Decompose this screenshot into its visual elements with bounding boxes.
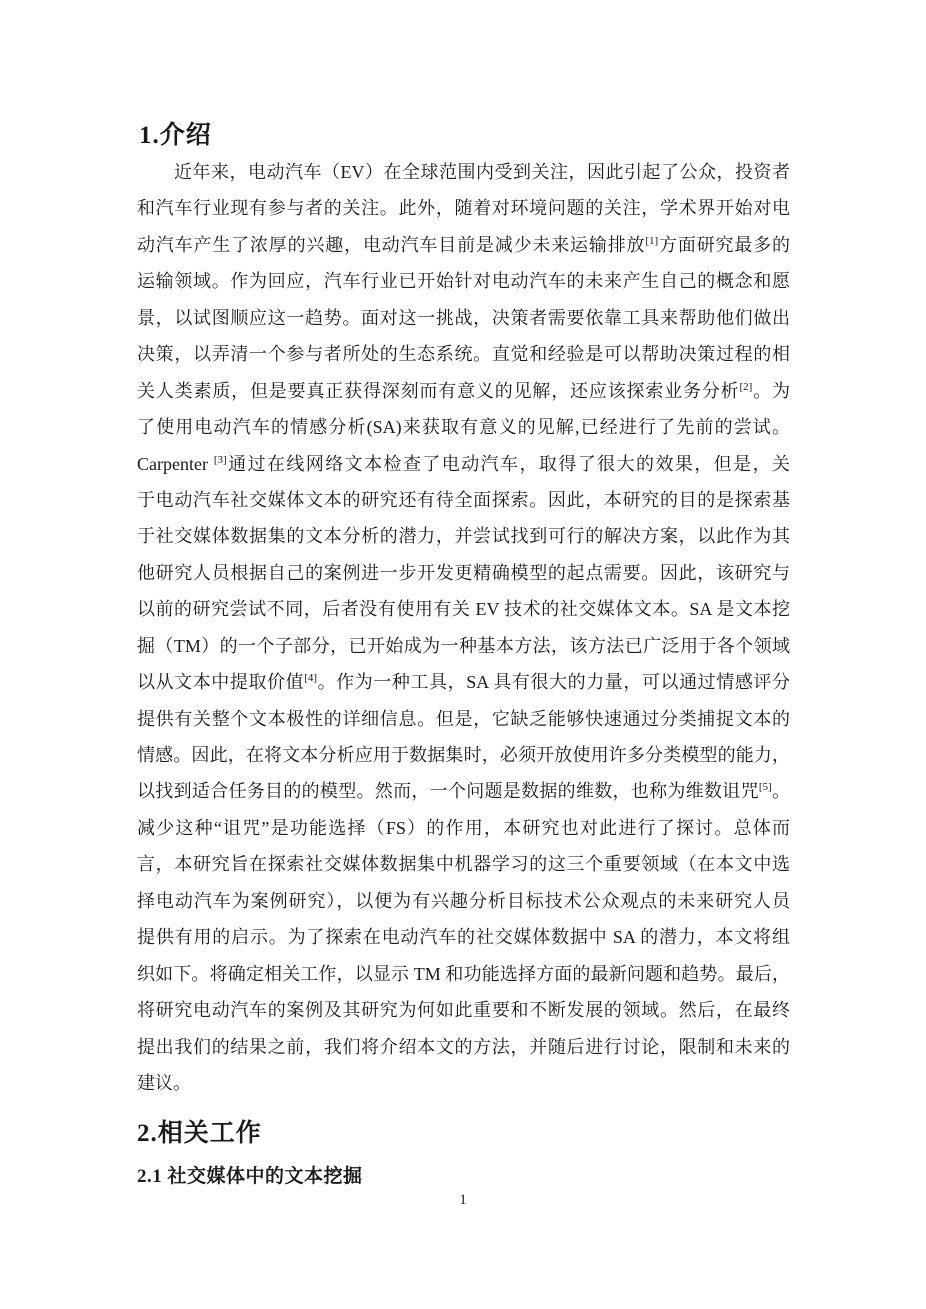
citation-ref: [4] <box>304 672 317 684</box>
page-number: 1 <box>0 1192 926 1209</box>
intro-heading: 1.介绍 <box>139 115 212 151</box>
paragraph-line: 言，本研究旨在探索社交媒体数据集中机器学习的这三个重要领域（在本文中选 <box>137 846 790 882</box>
paragraph-line: 提供有用的启示。为了探索在电动汽车的社交媒体数据中 SA 的潜力，本文将组 <box>137 919 790 955</box>
paragraph-line: 关人类素质，但是要真正获得深刻而有意义的见解，还应该探索业务分析[2]。为 <box>137 373 790 409</box>
paragraph-line: 决策，以弄清一个参与者所处的生态系统。直觉和经验是可以帮助决策过程的相 <box>137 336 790 372</box>
paragraph-line: 建议。 <box>137 1065 790 1101</box>
related-work-heading: 2.相关工作 <box>137 1113 262 1149</box>
paragraph-line: 掘（TM）的一个子部分，已开始成为一种基本方法，该方法已广泛用于各个领域 <box>137 628 790 664</box>
paragraph-line: 以找到适合任务目的的模型。然而，一个问题是数据的维数，也称为维数诅咒[5]。 <box>137 773 790 809</box>
paragraph-line: 提供有关整个文本极性的详细信息。但是，它缺乏能够快速通过分类捕捉文本的 <box>137 701 790 737</box>
paragraph-line: 织如下。将确定相关工作，以显示 TM 和功能选择方面的最新问题和趋势。最后， <box>137 956 790 992</box>
paragraph-line: 将研究电动汽车的案例及其研究为何如此重要和不断发展的领域。然后，在最终 <box>137 992 790 1028</box>
paragraph-line: 运输领域。作为回应，汽车行业已开始针对电动汽车的未来产生自己的概念和愿 <box>137 263 790 299</box>
paragraph-line: 择电动汽车为案例研究），以便为有兴趣分析目标技术公众观点的未来研究人员 <box>137 883 790 919</box>
paragraph-line: 近年来，电动汽车（EV）在全球范围内受到关注，因此引起了公众，投资者 <box>137 154 790 190</box>
paragraph-line: 减少这种“诅咒”是功能选择（FS）的作用，本研究也对此进行了探讨。总体而 <box>137 810 790 846</box>
paragraph-line: 于电动汽车社交媒体文本的研究还有待全面探索。因此，本研究的目的是探索基 <box>137 482 790 518</box>
paragraph-line: 景，以试图顺应这一趋势。面对这一挑战，决策者需要依靠工具来帮助他们做出 <box>137 300 790 336</box>
paragraph-line: 他研究人员根据自己的案例进一步开发更精确模型的起点需要。因此，该研究与 <box>137 555 790 591</box>
citation-ref: [1] <box>645 235 658 247</box>
paragraph-line: Carpenter [3]通过在线网络文本检查了电动汽车，取得了很大的效果，但是… <box>137 446 790 482</box>
citation-ref: [5] <box>759 781 772 793</box>
intro-paragraph: 近年来，电动汽车（EV）在全球范围内受到关注，因此引起了公众，投资者和汽车行业现… <box>137 154 790 1101</box>
paragraph-line: 以从文本中提取价值[4]。作为一种工具，SA 具有很大的力量，可以通过情感评分 <box>137 664 790 700</box>
citation-ref: [3] <box>214 454 227 466</box>
paragraph-line: 和汽车行业现有参与者的关注。此外，随着对环境问题的关注，学术界开始对电 <box>137 190 790 226</box>
paragraph-line: 动汽车产生了浓厚的兴趣，电动汽车目前是减少未来运输排放[1]方面研究最多的 <box>137 227 790 263</box>
paragraph-line: 于社交媒体数据集的文本分析的潜力，并尝试找到可行的解决方案，以此作为其 <box>137 518 790 554</box>
paragraph-line: 提出我们的结果之前，我们将介绍本文的方法，并随后进行讨论，限制和未来的 <box>137 1029 790 1065</box>
paragraph-line: 情感。因此，在将文本分析应用于数据集时，必须开放使用许多分类模型的能力， <box>137 737 790 773</box>
citation-ref: [2] <box>740 381 753 393</box>
paragraph-line: 了使用电动汽车的情感分析(SA)来获取有意义的见解,已经进行了先前的尝试。 <box>137 409 790 445</box>
paper-page: 1.介绍 近年来，电动汽车（EV）在全球范围内受到关注，因此引起了公众，投资者和… <box>0 0 926 1309</box>
text-mining-subheading: 2.1 社交媒体中的文本挖掘 <box>137 1161 363 1188</box>
paragraph-line: 以前的研究尝试不同，后者没有使用有关 EV 技术的社交媒体文本。SA 是文本挖 <box>137 591 790 627</box>
